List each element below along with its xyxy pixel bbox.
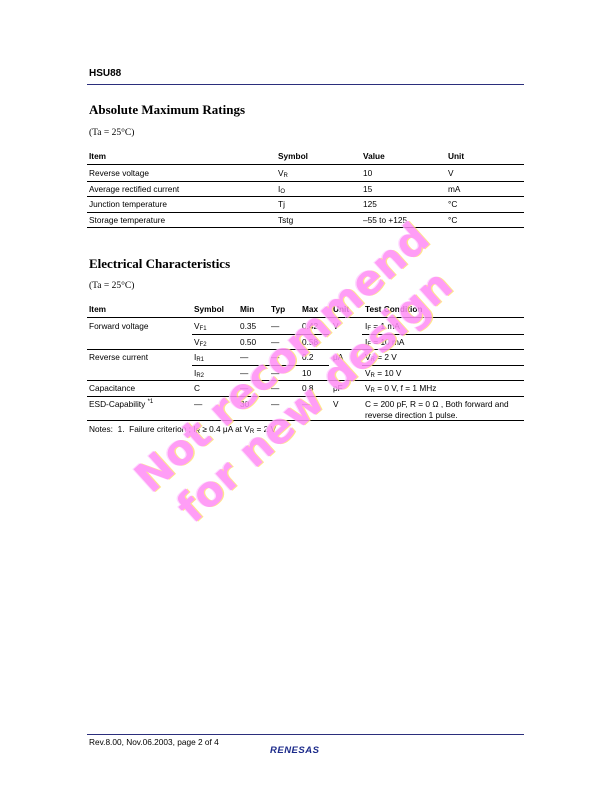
symbol-cell: — xyxy=(194,399,202,409)
test-condition-cell: IF = 1 mA xyxy=(365,321,400,332)
col-item: Item xyxy=(89,151,106,161)
symbol-cell: VF2 xyxy=(194,337,207,348)
item-cell: Reverse current xyxy=(89,352,148,362)
item-cell: Reverse voltage xyxy=(89,168,149,178)
test-condition-cell: C = 200 pF, R = 0 Ω , Both forward andre… xyxy=(365,399,509,421)
test-condition-sub: F xyxy=(367,326,371,332)
item-cell: Forward voltage xyxy=(89,321,149,331)
header-rule xyxy=(87,84,524,85)
max-cell: 0.42 xyxy=(302,321,318,331)
value-cell: 10 xyxy=(363,168,372,178)
table-rule xyxy=(87,227,524,228)
symbol-cell-sub: O xyxy=(280,189,285,195)
test-condition-sub: R xyxy=(371,373,375,379)
item-cell: Storage temperature xyxy=(89,215,165,225)
item-cell: Capacitance xyxy=(89,383,135,393)
max-cell: 10 xyxy=(302,368,311,378)
table-row: IR2——10VR = 10 V xyxy=(87,365,524,381)
typ-cell: — xyxy=(271,368,279,378)
max-cell: — xyxy=(302,399,310,409)
unit-cell: °C xyxy=(448,215,457,225)
symbol-cell-sub: R1 xyxy=(196,357,204,363)
col-unit: Unit xyxy=(333,304,349,314)
min-cell: 0.35 xyxy=(240,321,256,331)
table-row: Storage temperatureTstg–55 to +125°C xyxy=(87,212,524,228)
value-cell: –55 to +125 xyxy=(363,215,407,225)
max-cell: 0.2 xyxy=(302,352,314,362)
symbol-cell: Tstg xyxy=(278,215,293,225)
col-symbol: Symbol xyxy=(278,151,308,161)
symbol-cell: Tj xyxy=(278,199,285,209)
col-item: Item xyxy=(89,304,106,314)
elec-table: Item Symbol Min Typ Max Unit Test Condit… xyxy=(87,301,524,317)
symbol-cell-sub: R2 xyxy=(196,373,204,379)
col-unit: Unit xyxy=(448,151,464,161)
max-cell: 0.58 xyxy=(302,337,318,347)
test-condition-sub: F xyxy=(367,342,371,348)
min-cell: — xyxy=(240,352,248,362)
elec-condition: (Ta = 25°C) xyxy=(89,281,134,291)
abs-max-condition: (Ta = 25°C) xyxy=(89,128,134,138)
col-test-condition: Test Condition xyxy=(365,304,422,314)
typ-cell: — xyxy=(271,337,279,347)
abs-max-title: Absolute Maximum Ratings xyxy=(89,102,245,118)
typ-cell: — xyxy=(271,352,279,362)
table-row: Forward voltageVF10.35—0.42VIF = 1 mA xyxy=(87,318,524,334)
test-condition-cell: IF = 10 mA xyxy=(365,337,404,348)
item-cell: Junction temperature xyxy=(89,199,167,209)
min-cell: — xyxy=(240,368,248,378)
symbol-cell: IO xyxy=(278,184,285,195)
table-header-row: Item Symbol Value Unit xyxy=(87,148,524,164)
col-min: Min xyxy=(240,304,254,314)
typ-cell: — xyxy=(271,321,279,331)
typ-cell: — xyxy=(271,399,279,409)
table-row: Junction temperatureTj125°C xyxy=(87,196,524,212)
elec-title: Electrical Characteristics xyxy=(89,256,230,272)
footnote-ref: *1 xyxy=(148,399,154,405)
test-condition-cell: VR = 0 V, f = 1 MHz xyxy=(365,383,436,394)
symbol-cell: IR1 xyxy=(194,352,204,363)
part-number: HSU88 xyxy=(89,68,121,79)
table-row: Average rectified currentIO15mA xyxy=(87,181,524,197)
footer-rule xyxy=(87,734,524,735)
unit-cell: V xyxy=(333,399,339,409)
item-cell: Average rectified current xyxy=(89,184,179,194)
typ-cell: — xyxy=(271,383,279,393)
item-cell: ESD-Capability *1 xyxy=(89,399,153,409)
symbol-cell-sub: F2 xyxy=(200,342,207,348)
footer-revision: Rev.8.00, Nov.06.2003, page 2 of 4 xyxy=(89,737,219,747)
unit-cell: mA xyxy=(448,184,460,194)
renesas-logo: RENESAS xyxy=(270,745,319,756)
unit-cell: μA xyxy=(333,352,343,362)
min-cell: — xyxy=(240,383,248,393)
test-condition-sub: R xyxy=(371,388,375,394)
abs-max-table: Item Symbol Value Unit Reverse voltageVR… xyxy=(87,148,524,164)
table-row: VF20.50—0.58IF = 10 mA xyxy=(87,334,524,350)
table-header-row: Item Symbol Min Typ Max Unit Test Condit… xyxy=(87,301,524,317)
symbol-cell-sub: F1 xyxy=(200,326,207,332)
table-rule xyxy=(87,420,524,421)
unit-cell: V xyxy=(333,321,339,331)
min-cell: 0.50 xyxy=(240,337,256,347)
value-cell: 125 xyxy=(363,199,377,209)
notes: Notes: 1. Failure criterion ; IR ≥ 0.4 μ… xyxy=(89,424,276,435)
table-row: ESD-Capability *1—30——VC = 200 pF, R = 0… xyxy=(87,396,524,420)
col-value: Value xyxy=(363,151,385,161)
table-row: Reverse voltageVR10V xyxy=(87,165,524,181)
test-condition-sub: R xyxy=(371,357,375,363)
col-typ: Typ xyxy=(271,304,285,314)
table-row: CapacitanceC——0.8pFVR = 0 V, f = 1 MHz xyxy=(87,380,524,396)
value-cell: 15 xyxy=(363,184,372,194)
unit-cell: pF xyxy=(333,383,343,393)
test-condition-cell: VR = 2 V xyxy=(365,352,397,363)
max-cell: 0.8 xyxy=(302,383,314,393)
symbol-cell: C xyxy=(194,383,200,393)
symbol-cell: VR xyxy=(278,168,288,179)
min-cell: 30 xyxy=(240,399,249,409)
symbol-cell: IR2 xyxy=(194,368,204,379)
unit-cell: V xyxy=(448,168,454,178)
table-row: Reverse currentIR1——0.2μAVR = 2 V xyxy=(87,349,524,365)
symbol-cell-sub: R xyxy=(284,173,288,179)
test-condition-cell: VR = 10 V xyxy=(365,368,401,379)
col-max: Max xyxy=(302,304,318,314)
symbol-cell: VF1 xyxy=(194,321,207,332)
col-symbol: Symbol xyxy=(194,304,224,314)
unit-cell: °C xyxy=(448,199,457,209)
